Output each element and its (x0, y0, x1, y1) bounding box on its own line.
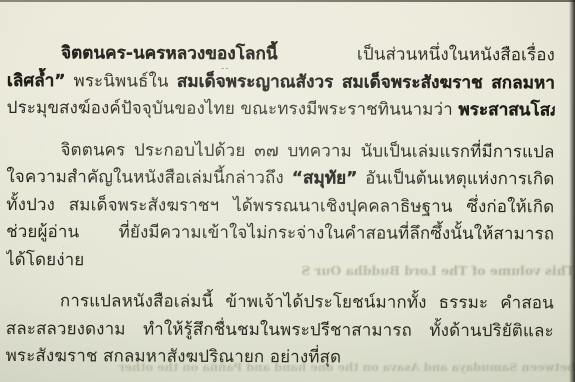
text-line: ใจความสำคัญในหนังสือเล่มนี้กล่าวถึง “สมุ… (6, 164, 554, 194)
body-text: เป็นส่วนหนึ่งในหนังสือเรื่อง (277, 44, 555, 65)
bold-text: เลิศล้ำ” (7, 70, 66, 90)
text-line: การแปลหนังสือเล่มนี้ ข้าพเจ้าได้ประโยชน์… (6, 288, 554, 318)
body-text: จิตตนคร ประกอบไปด้วย ๓๗ บทความ นับเป็นเล… (60, 140, 554, 167)
body-text: ช่วยผู้อ่าน ที่ยังมีความเข้าใจไม่กระจ่าง… (6, 222, 554, 249)
body-text: พระนิพนธ์ใน (65, 71, 176, 91)
bold-text: “สมุทัย” (292, 168, 358, 188)
scanned-book-page: This volume of The Lord Buddha Our S bet… (0, 0, 575, 382)
document-text: จิตตนคร-นครหลวงของโลกนี้ เป็นส่วนหนึ่งใน… (6, 40, 555, 373)
body-text: ทั้งปวง สมเด็จพระสังฆราชฯ ได้พรรณนาเชิงป… (6, 194, 554, 221)
body-text: พระสังฆราช สกลมหาสังฆปริณายก อย่างที่สุด (6, 346, 342, 367)
body-text: สละสลวยงดงาม ทำให้รู้สึกชื่นชมในพระปรีชา… (6, 318, 554, 345)
text-line: จิตตนคร ประกอบไปด้วย ๓๗ บทความ นับเป็นเล… (6, 136, 554, 166)
paragraph: จิตตนคร ประกอบไปด้วย ๓๗ บทความ นับเป็นเล… (6, 136, 555, 276)
paragraph: การแปลหนังสือเล่มนี้ ข้าพเจ้าได้ประโยชน์… (6, 288, 554, 373)
text-line: ได้โดยง่าย (6, 246, 554, 276)
text-line: ทั้งปวง สมเด็จพระสังฆราชฯ ได้พรรณนาเชิงป… (6, 191, 554, 221)
paragraph: จิตตนคร-นครหลวงของโลกนี้ เป็นส่วนหนึ่งใน… (7, 40, 555, 125)
text-line: จิตตนคร-นครหลวงของโลกนี้ เป็นส่วนหนึ่งใน… (7, 40, 555, 70)
body-text: การแปลหนังสือเล่มนี้ ข้าพเจ้าได้ประโยชน์… (60, 291, 554, 318)
text-line: ช่วยผู้อ่าน ที่ยังมีความเข้าใจไม่กระจ่าง… (6, 219, 554, 249)
scan-edge-right (569, 0, 575, 382)
body-text: ได้โดยง่าย (6, 249, 84, 269)
text-line: เลิศล้ำ” พระนิพนธ์ใน สมเด็จพระญาณสังวร ส… (7, 67, 555, 97)
body-text: ประมุขสงฆ์องค์ปัจจุบันของไทย ขณะทรงมีพระ… (7, 98, 459, 120)
scan-edge-top (0, 0, 575, 2)
bold-text: พระสาสนโสภณ (458, 100, 555, 121)
text-line: ประมุขสงฆ์องค์ปัจจุบันของไทย ขณะทรงมีพระ… (7, 95, 555, 125)
text-line: พระสังฆราช สกลมหาสังฆปริณายก อย่างที่สุด (6, 343, 554, 373)
bold-text: จิตตนคร-นครหลวงของโลกนี้ (61, 43, 278, 64)
body-text: ใจความสำคัญในหนังสือเล่มนี้กล่าวถึง (6, 167, 291, 188)
text-line: สละสลวยงดงาม ทำให้รู้สึกชื่นชมในพระปรีชา… (6, 315, 554, 345)
